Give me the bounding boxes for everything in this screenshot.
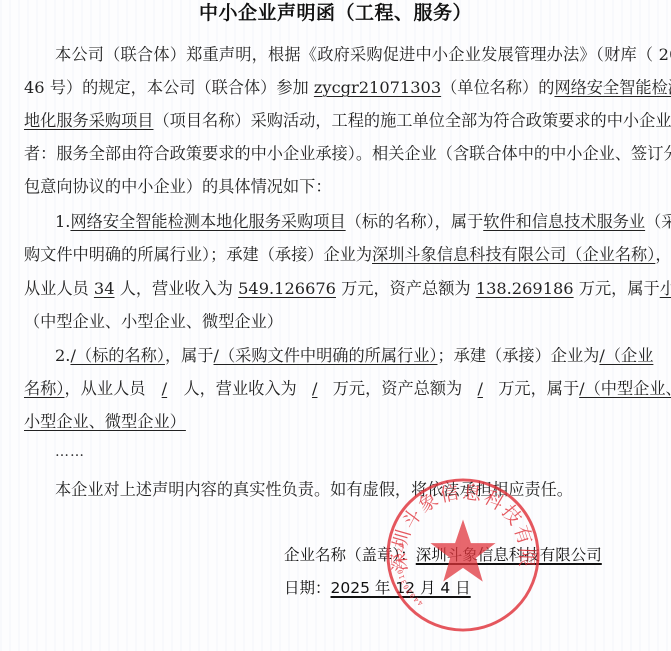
responsibility-statement: 本企业对上述声明内容的真实性负责。如有虚假，将依法承担相应责任。 <box>55 480 573 500</box>
intro-line-1: 本公司（联合体）郑重声明，根据《政府采购促进中小企业发展管理办法》（财库（ 20… <box>55 45 671 65</box>
assets-value: / <box>462 379 498 399</box>
item-text: （采 <box>645 212 671 231</box>
bid-name-value: 网络安全智能检测本地化服务采购项目 <box>70 212 345 231</box>
bid-name-value: /（标的名称） <box>70 346 164 365</box>
enterprise-size-value: /（中型企业、 <box>579 379 671 398</box>
assets-label: 万元，资产总额为 <box>333 379 463 398</box>
intro-line-2: 46 号）的规定，本公司（联合体）参加 zycgr21071303（单位名称）的… <box>24 78 671 98</box>
revenue-value: / <box>297 379 333 399</box>
unit-name-value: zycgr21071303 <box>314 78 441 97</box>
intro-text: 者：服务全部由符合政策要求的中小企业承接）。相关企业（含联合体中的中小企业、签订… <box>24 144 671 163</box>
item-number: 2. <box>55 346 70 365</box>
item-text: （标的名称），属于 <box>346 212 484 231</box>
size-options-text: （中型企业、小型企业、微型企业） <box>24 312 283 331</box>
intro-text: 本公司（联合体）郑重声明，根据《政府采购促进中小企业发展管理办法》（财库（ 20… <box>55 45 671 64</box>
company-label: 企业名称（盖章）： <box>284 546 416 564</box>
industry-value: 软件和信息技术服务业 <box>483 212 645 231</box>
intro-text: 包意向协议的中小企业）的具体情况如下： <box>24 177 332 196</box>
item2-line-2: 名称），从业人员/人，营业收入为/万元，资产总额为/万元，属于/（中型企业、 <box>24 379 671 399</box>
item1-line-1: 1.网络安全智能检测本地化服务采购项目（标的名称），属于软件和信息技术服务业（采 <box>55 212 671 232</box>
item-number: 1. <box>55 212 70 231</box>
statement-text: 本企业对上述声明内容的真实性负责。如有虚假，将依法承担相应责任。 <box>55 480 573 499</box>
date-label: 日期： <box>284 579 331 597</box>
item-text: ，属于 <box>165 346 214 365</box>
assets-label: 万元，资产总额为 <box>336 279 476 298</box>
intro-line-4: 者：服务全部由符合政策要求的中小企业承接）。相关企业（含联合体中的中小企业、签订… <box>24 144 671 164</box>
item-text: ；承建（承接）企业为 <box>437 346 599 365</box>
staff-label: 从业人员 <box>24 279 94 298</box>
enterprise-size-value: 小型企业 <box>660 279 671 298</box>
intro-text: （单位名称）的 <box>441 78 554 97</box>
signature-company-value: 深圳斗象信息科技有限公司 <box>416 546 602 564</box>
item1-line-3: 从业人员 34 人，营业收入为 549.126676 万元，资产总额为 138.… <box>24 279 671 299</box>
enterprise-size-value: 小型企业、微型企业） <box>24 412 186 431</box>
intro-line-3: 地化服务采购项目（项目名称）采购活动，工程的施工单位全部为符合政策要求的中小企业… <box>24 111 671 131</box>
intro-line-5: 包意向协议的中小企业）的具体情况如下： <box>24 177 332 197</box>
item-text: 购文件中明确的所属行业）；承建（承接）企业为 <box>24 245 372 264</box>
assets-value: 138.269186 <box>476 279 574 298</box>
date-value: 2025 年 12 月 4 日 <box>331 579 471 597</box>
signature-company-line: 企业名称（盖章）：深圳斗象信息科技有限公司 <box>284 545 602 565</box>
company-name-value: /（企业 <box>599 346 653 365</box>
staff-count-value: / <box>145 379 183 399</box>
item1-line-2: 购文件中明确的所属行业）；承建（承接）企业为深圳斗象信息科技有限公司（企业名称）… <box>24 245 671 265</box>
item2-line-1: 2./（标的名称），属于/（采购文件中明确的所属行业）；承建（承接）企业为/（企… <box>55 346 653 366</box>
industry-value: /（采购文件中明确的所属行业） <box>214 346 438 365</box>
size-label: 万元，属于 <box>574 279 660 298</box>
signature-date-line: 日期：2025 年 12 月 4 日 <box>284 578 471 598</box>
intro-text: （项目名称）采购活动，工程的施工单位全部为符合政策要求的中小企业（或 <box>154 111 671 130</box>
revenue-label: 人，营业收入为 <box>115 279 239 298</box>
item2-line-3: 小型企业、微型企业） <box>24 412 186 432</box>
company-name-value: 名称） <box>24 379 64 398</box>
size-label: 万元，属于 <box>498 379 579 398</box>
item-text: ， <box>655 245 671 264</box>
ellipsis: …… <box>55 444 85 460</box>
project-name-value: 地化服务采购项目 <box>24 111 154 130</box>
staff-label: ，从业人员 <box>64 379 145 398</box>
staff-count-value: 34 <box>94 279 115 298</box>
page-title: 中小企业声明函（工程、服务） <box>0 0 671 25</box>
company-name-value: 深圳斗象信息科技有限公司（企业名称） <box>372 245 655 264</box>
revenue-value: 549.126676 <box>238 279 336 298</box>
project-name-value: 网络安全智能检测本 <box>554 78 671 97</box>
intro-text: 46 号）的规定，本公司（联合体）参加 <box>24 78 314 97</box>
item1-line-4: （中型企业、小型企业、微型企业） <box>24 312 283 332</box>
revenue-label: 人，营业收入为 <box>183 379 296 398</box>
